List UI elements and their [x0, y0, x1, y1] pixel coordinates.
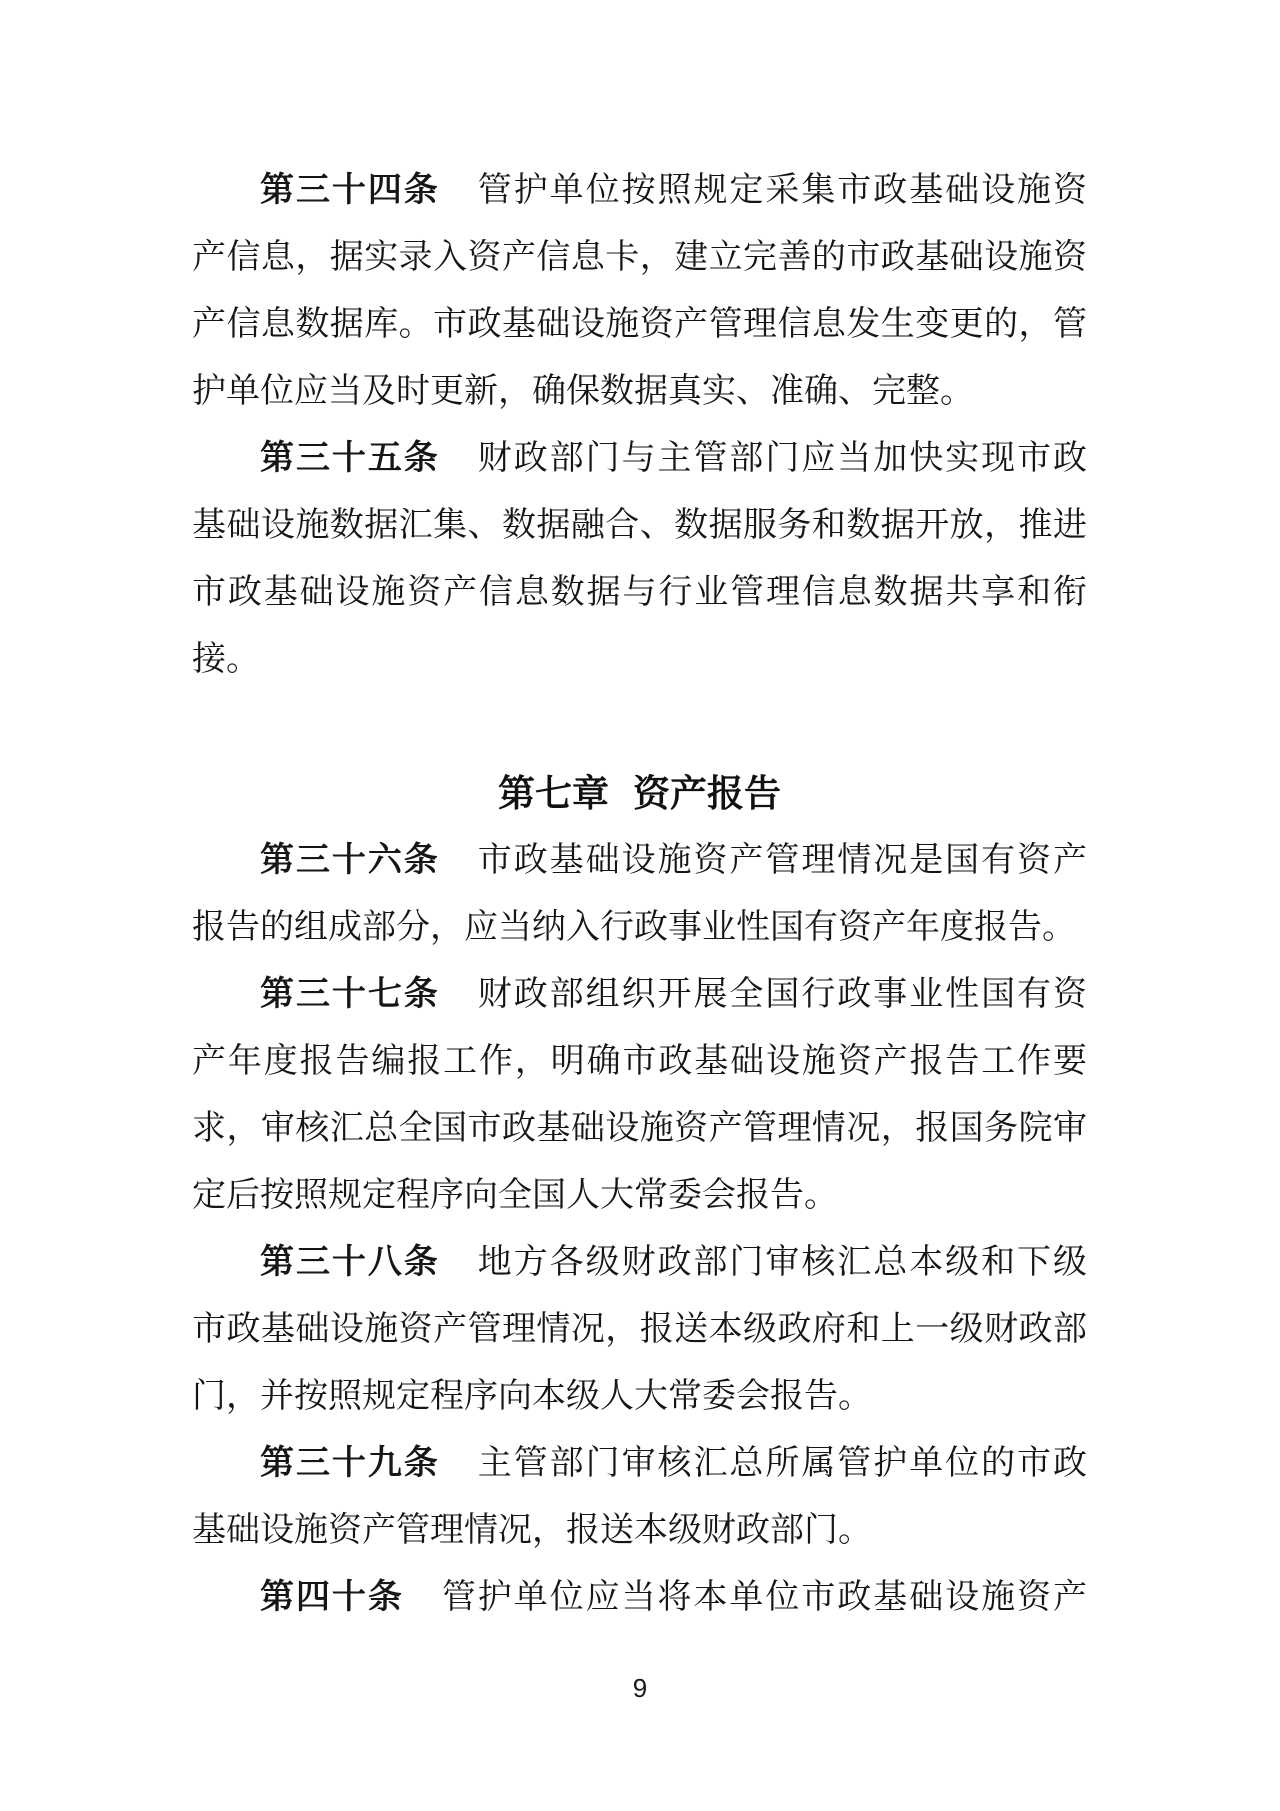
- line-text: 产信息，据实录入资产信息卡，建立完善的市政基础设施资: [192, 239, 1087, 276]
- article-number: 第四十条: [260, 1579, 404, 1616]
- line-text: 产年度报告编报工作，明确市政基础设施资产报告工作要: [192, 1043, 1087, 1080]
- text-line: 第三十八条地方各级财政部门审核汇总本级和下级: [192, 1229, 1087, 1296]
- text-line: 接。: [192, 626, 1087, 693]
- line-text: 市政基础设施资产管理情况是国有资产: [478, 842, 1087, 879]
- document-body: 第三十四条管护单位按照规定采集市政基础设施资产信息，据实录入资产信息卡，建立完善…: [192, 157, 1087, 1631]
- text-line: 产年度报告编报工作，明确市政基础设施资产报告工作要: [192, 1028, 1087, 1095]
- text-line: 基础设施数据汇集、数据融合、数据服务和数据开放，推进: [192, 492, 1087, 559]
- text-line: 第三十五条财政部门与主管部门应当加快实现市政: [192, 425, 1087, 492]
- line-text: 地方各级财政部门审核汇总本级和下级: [478, 1244, 1087, 1281]
- line-text: 管护单位按照规定采集市政基础设施资: [478, 172, 1087, 209]
- article-number: 第三十四条: [260, 172, 440, 209]
- document-page: 第三十四条管护单位按照规定采集市政基础设施资产信息，据实录入资产信息卡，建立完善…: [0, 0, 1280, 1811]
- chapter-title: 资产报告: [633, 773, 781, 814]
- article-number: 第三十八条: [260, 1244, 440, 1281]
- line-text: 管护单位应当将本单位市政基础设施资产: [442, 1579, 1087, 1616]
- line-text: 主管部门审核汇总所属管护单位的市政: [478, 1445, 1087, 1482]
- text-line: 第三十四条管护单位按照规定采集市政基础设施资: [192, 157, 1087, 224]
- text-line: 基础设施资产管理情况，报送本级财政部门。: [192, 1497, 1087, 1564]
- text-line: 报告的组成部分，应当纳入行政事业性国有资产年度报告。: [192, 894, 1087, 961]
- text-line: 第三十九条主管部门审核汇总所属管护单位的市政: [192, 1430, 1087, 1497]
- line-text: 求，审核汇总全国市政基础设施资产管理情况，报国务院审: [192, 1110, 1087, 1147]
- line-text: 定后按照规定程序向全国人大常委会报告。: [192, 1177, 838, 1214]
- text-line: 第三十六条市政基础设施资产管理情况是国有资产: [192, 827, 1087, 894]
- line-text: 财政部组织开展全国行政事业性国有资: [478, 976, 1087, 1013]
- line-text: 门，并按照规定程序向本级人大常委会报告。: [192, 1378, 872, 1415]
- chapter-number: 第七章: [498, 773, 609, 814]
- text-line: 求，审核汇总全国市政基础设施资产管理情况，报国务院审: [192, 1095, 1087, 1162]
- text-line: 第三十七条财政部组织开展全国行政事业性国有资: [192, 961, 1087, 1028]
- line-text: 接。: [192, 641, 260, 678]
- page-number: 9: [0, 1668, 1280, 1708]
- line-text: 基础设施资产管理情况，报送本级财政部门。: [192, 1512, 872, 1549]
- line-text: 财政部门与主管部门应当加快实现市政: [478, 440, 1087, 477]
- article-number: 第三十九条: [260, 1445, 440, 1482]
- line-text: 护单位应当及时更新，确保数据真实、准确、完整。: [192, 373, 974, 410]
- article-number: 第三十七条: [260, 976, 440, 1013]
- article-number: 第三十五条: [260, 440, 440, 477]
- text-line: 门，并按照规定程序向本级人大常委会报告。: [192, 1363, 1087, 1430]
- text-line: 市政基础设施资产管理情况，报送本级政府和上一级财政部: [192, 1296, 1087, 1363]
- chapter-heading: 第七章资产报告: [192, 760, 1087, 827]
- text-line: 护单位应当及时更新，确保数据真实、准确、完整。: [192, 358, 1087, 425]
- line-text: 市政基础设施资产信息数据与行业管理信息数据共享和衔: [192, 574, 1087, 611]
- line-text: 市政基础设施资产管理情况，报送本级政府和上一级财政部: [192, 1311, 1087, 1348]
- text-line: 第四十条管护单位应当将本单位市政基础设施资产: [192, 1564, 1087, 1631]
- text-line: 市政基础设施资产信息数据与行业管理信息数据共享和衔: [192, 559, 1087, 626]
- line-text: 产信息数据库。市政基础设施资产管理信息发生变更的，管: [192, 306, 1087, 343]
- blank-line: [192, 693, 1087, 760]
- article-number: 第三十六条: [260, 842, 440, 879]
- text-line: 产信息数据库。市政基础设施资产管理信息发生变更的，管: [192, 291, 1087, 358]
- line-text: 基础设施数据汇集、数据融合、数据服务和数据开放，推进: [192, 507, 1087, 544]
- text-line: 产信息，据实录入资产信息卡，建立完善的市政基础设施资: [192, 224, 1087, 291]
- line-text: 报告的组成部分，应当纳入行政事业性国有资产年度报告。: [192, 909, 1076, 946]
- text-line: 定后按照规定程序向全国人大常委会报告。: [192, 1162, 1087, 1229]
